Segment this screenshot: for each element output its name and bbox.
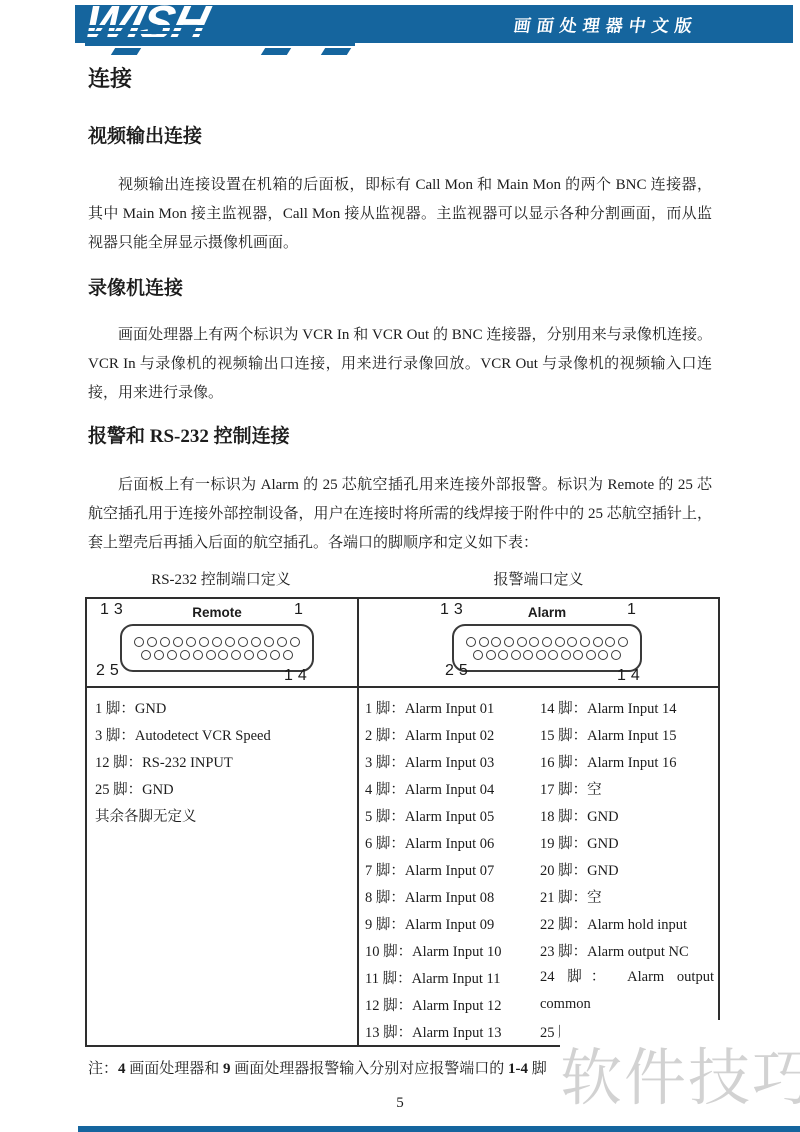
note-part: 画面处理器和 <box>126 1061 224 1077</box>
table-caption-alarm: 报警端口定义 <box>357 568 720 589</box>
section-heading-video-output: 视频输出连接 <box>88 121 202 148</box>
pin-hole <box>290 637 300 647</box>
alarm-pin-list-col1: 1 脚：Alarm Input 012 脚：Alarm Input 023 脚：… <box>365 694 540 1045</box>
logo-stripe <box>85 43 355 46</box>
remote-pin-entry: 1 脚：GND <box>95 694 357 721</box>
remote-pin-entry: 3 脚：Autodetect VCR Speed <box>95 721 357 748</box>
alarm-pin-entry: 24 脚： Alarm output <box>540 964 714 991</box>
pin-hole <box>593 637 603 647</box>
pin-hole <box>473 650 483 660</box>
pin-hole <box>238 637 248 647</box>
logo-tail <box>261 48 291 55</box>
pin-hole <box>277 637 287 647</box>
pin-hole <box>555 637 565 647</box>
paragraph-video-output: 视频输出连接设置在机箱的后面板，即标有 Call Mon 和 Main Mon … <box>88 171 712 258</box>
pin-hole <box>251 637 261 647</box>
alarm-pin-entry: 18 脚：GND <box>540 802 714 829</box>
connector-remote: 13 1 Remote 25 14 <box>87 599 359 686</box>
pin-row-bottom <box>141 650 293 660</box>
logo-tail <box>111 48 141 55</box>
pin-hole <box>536 650 546 660</box>
remote-pin-entry: 其余各脚无定义 <box>95 802 357 829</box>
connector-name-remote: Remote <box>120 605 314 620</box>
alarm-pin-entry: 2 脚：Alarm Input 02 <box>365 721 540 748</box>
pin-hole <box>486 650 496 660</box>
pin-hole <box>618 637 628 647</box>
corner-label: 25 <box>445 662 473 680</box>
pin-hole <box>225 637 235 647</box>
pin-hole <box>141 650 151 660</box>
pin-hole <box>167 650 177 660</box>
pin-hole <box>548 650 558 660</box>
pin-hole <box>573 650 583 660</box>
pin-hole <box>504 637 514 647</box>
alarm-pin-entry: 19 脚：GND <box>540 829 714 856</box>
pin-row-top <box>134 637 300 647</box>
pin-hole <box>154 650 164 660</box>
note-part: 9 <box>223 1061 231 1077</box>
logo-stripe <box>85 37 355 40</box>
pin-hole <box>270 650 280 660</box>
pin-hole <box>231 650 241 660</box>
alarm-pin-entry: 23 脚：Alarm output NC <box>540 937 714 964</box>
alarm-pin-entry: 13 脚：Alarm Input 13 <box>365 1018 540 1045</box>
paragraph-alarm-rs232: 后面板上有一标识为 Alarm 的 25 芯航空插孔用来连接外部报警。标识为 R… <box>88 471 712 558</box>
alarm-pin-entry: 8 脚：Alarm Input 08 <box>365 883 540 910</box>
page-title: 连接 <box>88 62 132 93</box>
alarm-pin-entry: 22 脚：Alarm hold input <box>540 910 714 937</box>
header-bar: WISH 画面处理器中文版 <box>75 5 793 43</box>
pin-hole <box>180 650 190 660</box>
alarm-pin-entry: 21 脚：空 <box>540 883 714 910</box>
alarm-pin-entry: 12 脚：Alarm Input 12 <box>365 991 540 1018</box>
corner-label: 14 <box>284 667 312 685</box>
pin-row-top <box>466 637 628 647</box>
note-part: 注： <box>88 1061 118 1077</box>
pin-hole <box>561 650 571 660</box>
remote-pin-entry: 25 脚：GND <box>95 775 357 802</box>
pin-hole <box>186 637 196 647</box>
alarm-pin-entry: 5 脚：Alarm Input 05 <box>365 802 540 829</box>
alarm-pin-entry: 14 脚：Alarm Input 14 <box>540 694 714 721</box>
connector-name-alarm: Alarm <box>452 605 642 620</box>
pin-hole <box>283 650 293 660</box>
note-part: 1-4 <box>508 1061 528 1077</box>
alarm-pin-entry: 3 脚：Alarm Input 03 <box>365 748 540 775</box>
pin-hole <box>147 637 157 647</box>
brand-logo: WISH <box>85 0 395 56</box>
pin-hole <box>134 637 144 647</box>
pin-hole <box>529 637 539 647</box>
alarm-pin-entry: 17 脚：空 <box>540 775 714 802</box>
logo-tail <box>321 48 351 55</box>
corner-label: 25 <box>96 662 124 680</box>
header-title: 画面处理器中文版 <box>512 12 700 37</box>
pin-hole <box>498 650 508 660</box>
pin-hole <box>257 650 267 660</box>
pin-hole <box>218 650 228 660</box>
pin-hole <box>466 637 476 647</box>
pin-hole <box>517 637 527 647</box>
pin-hole <box>264 637 274 647</box>
pin-hole <box>580 637 590 647</box>
logo-stripe <box>85 31 355 34</box>
pin-definition-table: 13 1 Remote 25 14 13 1 Alarm 25 1 <box>85 597 720 1047</box>
note-part: 脚 <box>528 1061 547 1077</box>
pin-hole <box>523 650 533 660</box>
pin-hole <box>542 637 552 647</box>
pin-hole <box>511 650 521 660</box>
pin-hole <box>491 637 501 647</box>
footer-bar <box>78 1126 800 1132</box>
note-part: 4 <box>118 1061 126 1077</box>
pin-hole <box>160 637 170 647</box>
pin-hole <box>605 637 615 647</box>
document-page: WISH 画面处理器中文版 连接 视频输出连接 视频输出连接设置在机箱的后面板，… <box>0 0 800 1132</box>
alarm-pin-entry: 6 脚：Alarm Input 06 <box>365 829 540 856</box>
pin-hole <box>567 637 577 647</box>
logo-stripe <box>85 25 355 28</box>
note-part: 画面处理器报警输入分别对应报警端口的 <box>231 1061 509 1077</box>
alarm-pin-entry: 16 脚：Alarm Input 16 <box>540 748 714 775</box>
db25-connector-shell <box>120 624 314 672</box>
alarm-pin-entry: 7 脚：Alarm Input 07 <box>365 856 540 883</box>
alarm-pin-entry: 9 脚：Alarm Input 09 <box>365 910 540 937</box>
pin-hole <box>199 637 209 647</box>
connector-alarm: 13 1 Alarm 25 14 <box>359 599 718 686</box>
pin-hole <box>206 650 216 660</box>
connector-diagram-row: 13 1 Remote 25 14 13 1 Alarm 25 1 <box>87 599 718 688</box>
pin-hole <box>193 650 203 660</box>
pin-hole <box>598 650 608 660</box>
pin-definitions-row: 1 脚：GND3 脚：Autodetect VCR Speed12 脚：RS-2… <box>87 688 718 1045</box>
alarm-pin-entry: 1 脚：Alarm Input 01 <box>365 694 540 721</box>
page-number: 5 <box>0 1095 800 1112</box>
alarm-pin-entry: 4 脚：Alarm Input 04 <box>365 775 540 802</box>
pin-row-bottom <box>473 650 621 660</box>
alarm-pin-entry: 15 脚：Alarm Input 15 <box>540 721 714 748</box>
table-caption-rs232: RS-232 控制端口定义 <box>85 568 357 589</box>
footnote: 注：4 画面处理器和 9 画面处理器报警输入分别对应报警端口的 1-4 脚 <box>88 1057 547 1078</box>
alarm-pin-list-col2: 14 脚：Alarm Input 1415 脚：Alarm Input 1516… <box>540 694 718 1045</box>
corner-label: 14 <box>617 667 645 685</box>
db25-connector-shell <box>452 624 642 672</box>
alarm-pin-entry: 10 脚：Alarm Input 10 <box>365 937 540 964</box>
section-heading-vcr: 录像机连接 <box>88 273 183 300</box>
remote-pin-entry: 12 脚：RS-232 INPUT <box>95 748 357 775</box>
alarm-pin-entry: common <box>540 991 714 1018</box>
pin-hole <box>611 650 621 660</box>
pin-hole <box>586 650 596 660</box>
section-heading-alarm-rs232: 报警和 RS-232 控制连接 <box>88 421 290 448</box>
pin-hole <box>173 637 183 647</box>
pin-hole <box>244 650 254 660</box>
remote-pin-list: 1 脚：GND3 脚：Autodetect VCR Speed12 脚：RS-2… <box>87 688 359 1045</box>
paragraph-vcr: 画面处理器上有两个标识为 VCR In 和 VCR Out 的 BNC 连接器，… <box>88 321 712 408</box>
pin-hole <box>479 637 489 647</box>
alarm-pin-entry: 11 脚：Alarm Input 11 <box>365 964 540 991</box>
pin-hole <box>212 637 222 647</box>
alarm-pin-entry: 20 脚：GND <box>540 856 714 883</box>
alarm-pin-lists: 1 脚：Alarm Input 012 脚：Alarm Input 023 脚：… <box>359 688 718 1045</box>
